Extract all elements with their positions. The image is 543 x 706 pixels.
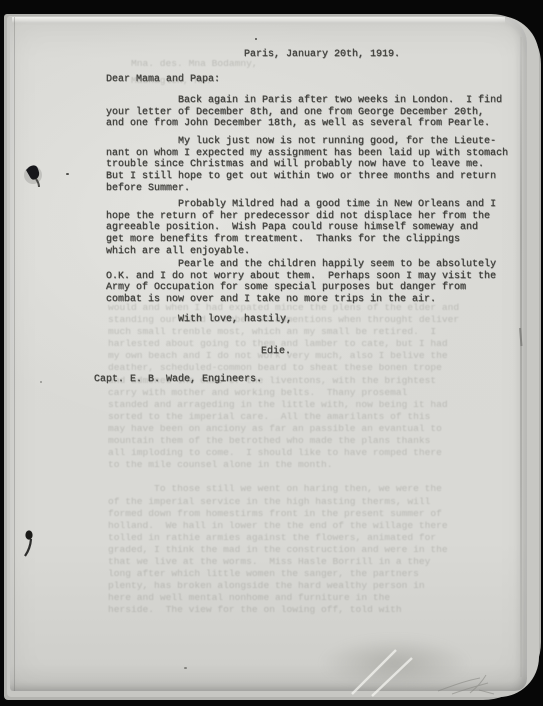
letter-paragraph: Back again in Paris after two weeks in L… xyxy=(106,95,502,130)
bottom-smudge xyxy=(320,637,470,689)
scan-background: Mna. des. Mna Bodamny, Madnaglen, Mn. wo… xyxy=(0,0,543,706)
letter-signature: Edie. xyxy=(261,346,291,358)
page-left-crease xyxy=(14,17,15,691)
letter-salutation: Dear Mama and Papa: xyxy=(106,74,220,86)
letter-dateline: Paris, January 20th, 1919. xyxy=(244,49,400,61)
letter-closing: With love, hastily, xyxy=(178,314,292,326)
letter-typed-name: Capt. E. B. Wade, Engineers. xyxy=(94,374,262,386)
dust-speck xyxy=(40,381,42,383)
dust-speck xyxy=(255,38,257,40)
letter-paragraph: Probably Mildred had a good time in New … xyxy=(106,199,496,258)
letter-paragraph: Pearle and the children happily seem to … xyxy=(106,259,496,306)
letter-page: Mna. des. Mna Bodamny, Madnaglen, Mn. wo… xyxy=(10,17,527,691)
page-top-edge-highlight xyxy=(12,17,505,23)
bleedthrough-line: Mna. des. Mna Bodamny, xyxy=(131,58,258,70)
page-right-crease xyxy=(520,37,522,677)
dust-speck xyxy=(184,667,187,669)
letter-paragraph: My luck just now is not running good, fo… xyxy=(106,136,508,195)
dust-speck xyxy=(66,173,69,175)
